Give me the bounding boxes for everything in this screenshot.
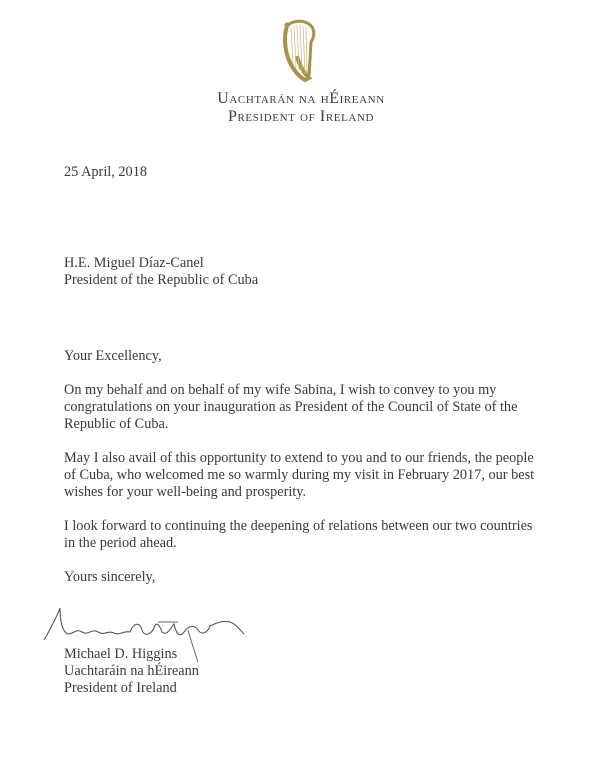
paragraph-1-line-3: Republic of Cuba. xyxy=(64,416,168,433)
paragraph-1-line-1: On my behalf and on behalf of my wife Sa… xyxy=(64,382,496,399)
paragraph-3-line-1: I look forward to continuing the deepeni… xyxy=(64,518,533,535)
signatory-title-irish: Uachtaráin na hÉireann xyxy=(64,663,199,680)
paragraph-3-line-2: in the period ahead. xyxy=(64,535,177,552)
letter-date: 25 April, 2018 xyxy=(64,164,147,181)
paragraph-1-line-2: congratulations on your inauguration as … xyxy=(64,399,517,416)
signatory-title-english: President of Ireland xyxy=(64,680,177,697)
recipient-title: President of the Republic of Cuba xyxy=(64,272,258,289)
paragraph-2-line-3: wishes for your well-being and prosperit… xyxy=(64,484,306,501)
signatory-name: Michael D. Higgins xyxy=(64,646,177,663)
closing: Yours sincerely, xyxy=(64,569,155,586)
letterhead-english: President of Ireland xyxy=(0,108,602,126)
paragraph-2-line-1: May I also avail of this opportunity to … xyxy=(64,450,534,467)
recipient-name: H.E. Miguel Díaz-Canel xyxy=(64,255,204,272)
harp-icon xyxy=(279,16,321,84)
letterhead-irish: Uachtarán na hÉireann xyxy=(0,90,602,108)
paragraph-2-line-2: of Cuba, who welcomed me so warmly durin… xyxy=(64,467,534,484)
salutation: Your Excellency, xyxy=(64,348,162,365)
